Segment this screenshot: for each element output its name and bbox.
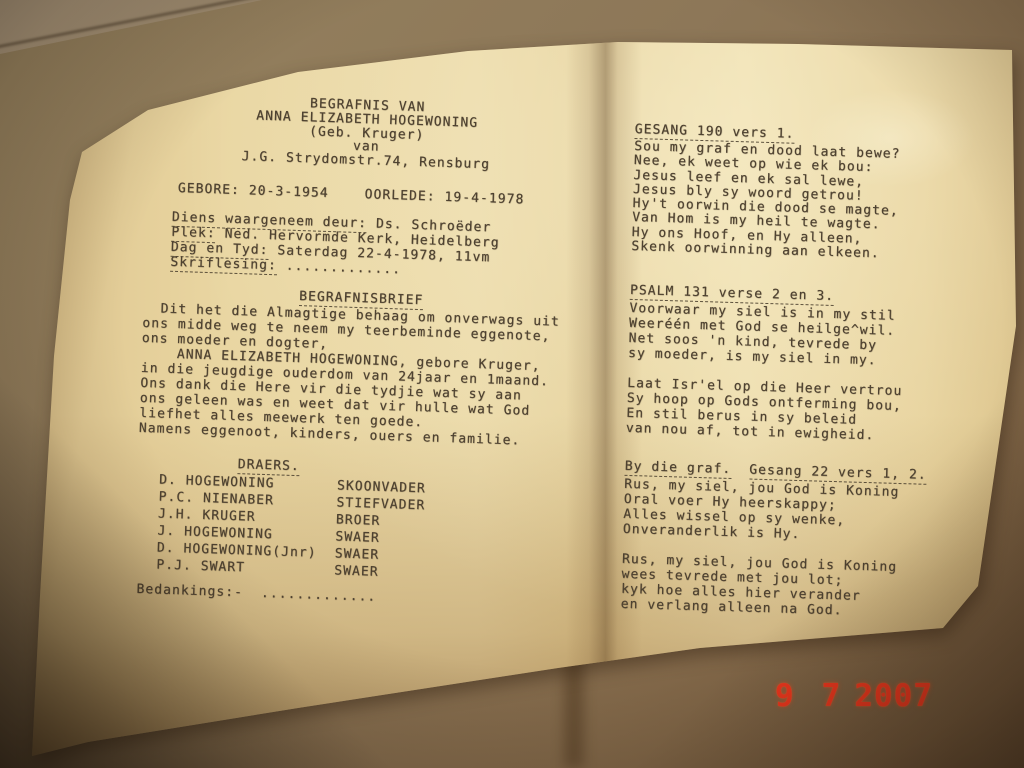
detail-label: Skriflesing:: [170, 255, 277, 276]
died-date: OORLEDE: 19-4-1978: [364, 187, 524, 207]
booklet: BEGRAFNIS VAN ANNA ELIZABETH HOGEWONING …: [28, 36, 1024, 764]
hymn-stanza: Sou my graf en dood laat bewe? Nee, ek w…: [631, 140, 984, 265]
born-date: GEBORE: 20-3-1954: [178, 181, 329, 201]
hymn-stanza: Rus, my siel, jou God is Koning Oral voe…: [623, 477, 975, 547]
date-stamp-month: 7: [822, 678, 842, 714]
psalm-stanza: Laat Isr'el op die Heer vertrou Sy hoop …: [626, 376, 978, 446]
dates-line: GEBORE: 20-3-1954OORLEDE: 19-4-1978: [147, 180, 583, 209]
detail-value: .............: [285, 259, 401, 278]
date-stamp-day: 9: [775, 678, 795, 714]
right-page: GESANG 190 vers 1. Sou my graf en dood l…: [620, 122, 984, 623]
pallbearer-role: SWAER: [334, 563, 379, 579]
pallbearers-list: DRAERS. D. HOGEWONINGSKOONVADER P.C. NIE…: [134, 454, 574, 587]
thanks-line: Bedankings:-.............: [133, 582, 569, 611]
pallbearer-role: BROER: [336, 512, 381, 528]
date-stamp-year: 2007: [854, 678, 933, 714]
title-block: BEGRAFNIS VAN ANNA ELIZABETH HOGEWONING …: [148, 92, 586, 175]
psalm-stanza: Voorwaar my siel is in my stil Weeréén m…: [628, 301, 980, 371]
booklet-paper: BEGRAFNIS VAN ANNA ELIZABETH HOGEWONING …: [28, 36, 1024, 764]
left-page: BEGRAFNIS VAN ANNA ELIZABETH HOGEWONING …: [133, 92, 586, 611]
spacer: [243, 596, 261, 597]
camera-date-stamp: 972007: [775, 678, 933, 714]
psalm-section-131: PSALM 131 verse 2 en 3. Voorwaar my siel…: [626, 283, 980, 446]
thanks-label: Bedankings:-: [136, 582, 243, 601]
pallbearer-role: STIEFVADER: [336, 495, 425, 513]
photo-of-funeral-program: BEGRAFNIS VAN ANNA ELIZABETH HOGEWONING …: [0, 0, 1024, 768]
thanks-dots: .............: [261, 586, 377, 605]
funeral-letter: BEGRAFNISBRIEF Dit het die Almagtige beh…: [139, 284, 580, 450]
hymn-section-gesang-190: GESANG 190 vers 1. Sou my graf en dood l…: [631, 122, 985, 265]
spacer: [329, 197, 365, 198]
pallbearer-role: SKOONVADER: [337, 478, 426, 496]
service-details: Diens waargeneem deur: Ds. Schroëder Ple…: [144, 209, 582, 283]
graveside-section-gesang-22: By die graf.Gesang 22 vers 1, 2. Rus, my…: [620, 459, 974, 622]
hymn-stanza: Rus, my siel, jou God is Koning wees tev…: [620, 552, 972, 622]
pallbearer-role: SWAER: [335, 546, 380, 562]
spacer: [731, 473, 749, 474]
pallbearer-role: SWAER: [335, 529, 380, 545]
